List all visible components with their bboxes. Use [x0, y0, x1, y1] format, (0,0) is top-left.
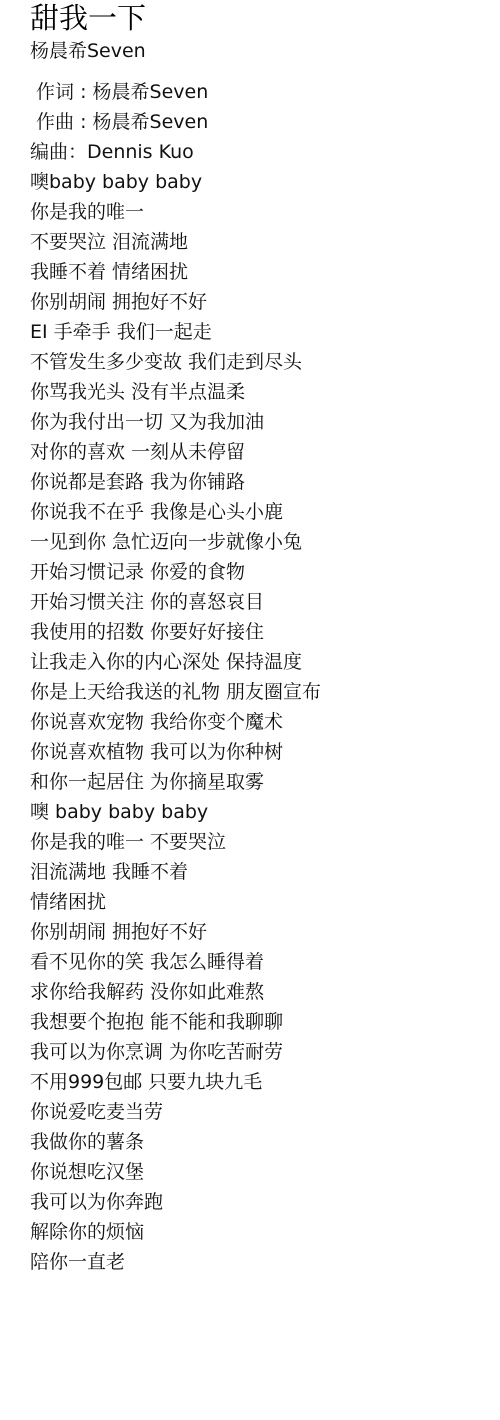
- lyric-line: 我使用的招数 你要好好接住: [30, 617, 500, 647]
- lyric-line: 让我走入你的内心深处 保持温度: [30, 647, 500, 677]
- lyric-line: 开始习惯记录 你爱的食物: [30, 557, 500, 587]
- lyric-line: 不用999包邮 只要九块九毛: [30, 1067, 500, 1097]
- lyric-line: EI 手牵手 我们一起走: [30, 317, 500, 347]
- lyric-line: 我可以为你奔跑: [30, 1187, 500, 1217]
- lyric-line: 你是上天给我送的礼物 朋友圈宣布: [30, 677, 500, 707]
- lyric-line: 泪流满地 我睡不着: [30, 857, 500, 887]
- lyric-line: 你为我付出一切 又为我加油: [30, 407, 500, 437]
- lyric-line: 不要哭泣 泪流满地: [30, 227, 500, 257]
- lyric-line-composer: 作曲 : 杨晨希Seven: [30, 107, 500, 137]
- artist-name: 杨晨希Seven: [30, 36, 500, 66]
- lyric-line: 你是我的唯一 不要哭泣: [30, 827, 500, 857]
- lyric-line: 对你的喜欢 一刻从未停留: [30, 437, 500, 467]
- lyric-line: 看不见你的笑 我怎么睡得着: [30, 947, 500, 977]
- lyric-line: 我做你的薯条: [30, 1127, 500, 1157]
- lyric-line: 你别胡闹 拥抱好不好: [30, 917, 500, 947]
- lyric-line: 求你给我解药 没你如此难熬: [30, 977, 500, 1007]
- lyric-line: 你是我的唯一: [30, 197, 500, 227]
- lyric-line: 一见到你 急忙迈向一步就像小兔: [30, 527, 500, 557]
- lyric-line: 我想要个抱抱 能不能和我聊聊: [30, 1007, 500, 1037]
- lyric-line: 你说喜欢植物 我可以为你种树: [30, 737, 500, 767]
- lyric-line: 你说我不在乎 我像是心头小鹿: [30, 497, 500, 527]
- lyric-line: 你别胡闹 拥抱好不好: [30, 287, 500, 317]
- lyric-line: 你说都是套路 我为你铺路: [30, 467, 500, 497]
- lyric-line: 你说想吃汉堡: [30, 1157, 500, 1187]
- lyric-line: 你说喜欢宠物 我给你变个魔术: [30, 707, 500, 737]
- lyric-line: 情绪困扰: [30, 887, 500, 917]
- lyric-line-arranger: 编曲：Dennis Kuo: [30, 137, 500, 167]
- lyric-line: 不管发生多少变故 我们走到尽头: [30, 347, 500, 377]
- lyrics-body: 作词 : 杨晨希Seven 作曲 : 杨晨希Seven 编曲：Dennis Ku…: [30, 77, 500, 1277]
- lyric-line: 我睡不着 情绪困扰: [30, 257, 500, 287]
- lyric-line: 我可以为你烹调 为你吃苦耐劳: [30, 1037, 500, 1067]
- lyric-line: 陪你一直老: [30, 1247, 500, 1277]
- lyric-line: 和你一起居住 为你摘星取雾: [30, 767, 500, 797]
- lyric-line: 噢baby baby baby: [30, 167, 500, 197]
- lyric-line-lyricist: 作词 : 杨晨希Seven: [30, 77, 500, 107]
- lyric-line: 噢 baby baby baby: [30, 797, 500, 827]
- song-title: 甜我一下: [30, 0, 500, 36]
- lyric-line: 你骂我光头 没有半点温柔: [30, 377, 500, 407]
- lyric-line: 解除你的烦恼: [30, 1217, 500, 1247]
- lyric-line: 开始习惯关注 你的喜怒哀目: [30, 587, 500, 617]
- lyric-line: 你说爱吃麦当劳: [30, 1097, 500, 1127]
- lyrics-page: 甜我一下 杨晨希Seven 作词 : 杨晨希Seven 作曲 : 杨晨希Seve…: [30, 0, 500, 1277]
